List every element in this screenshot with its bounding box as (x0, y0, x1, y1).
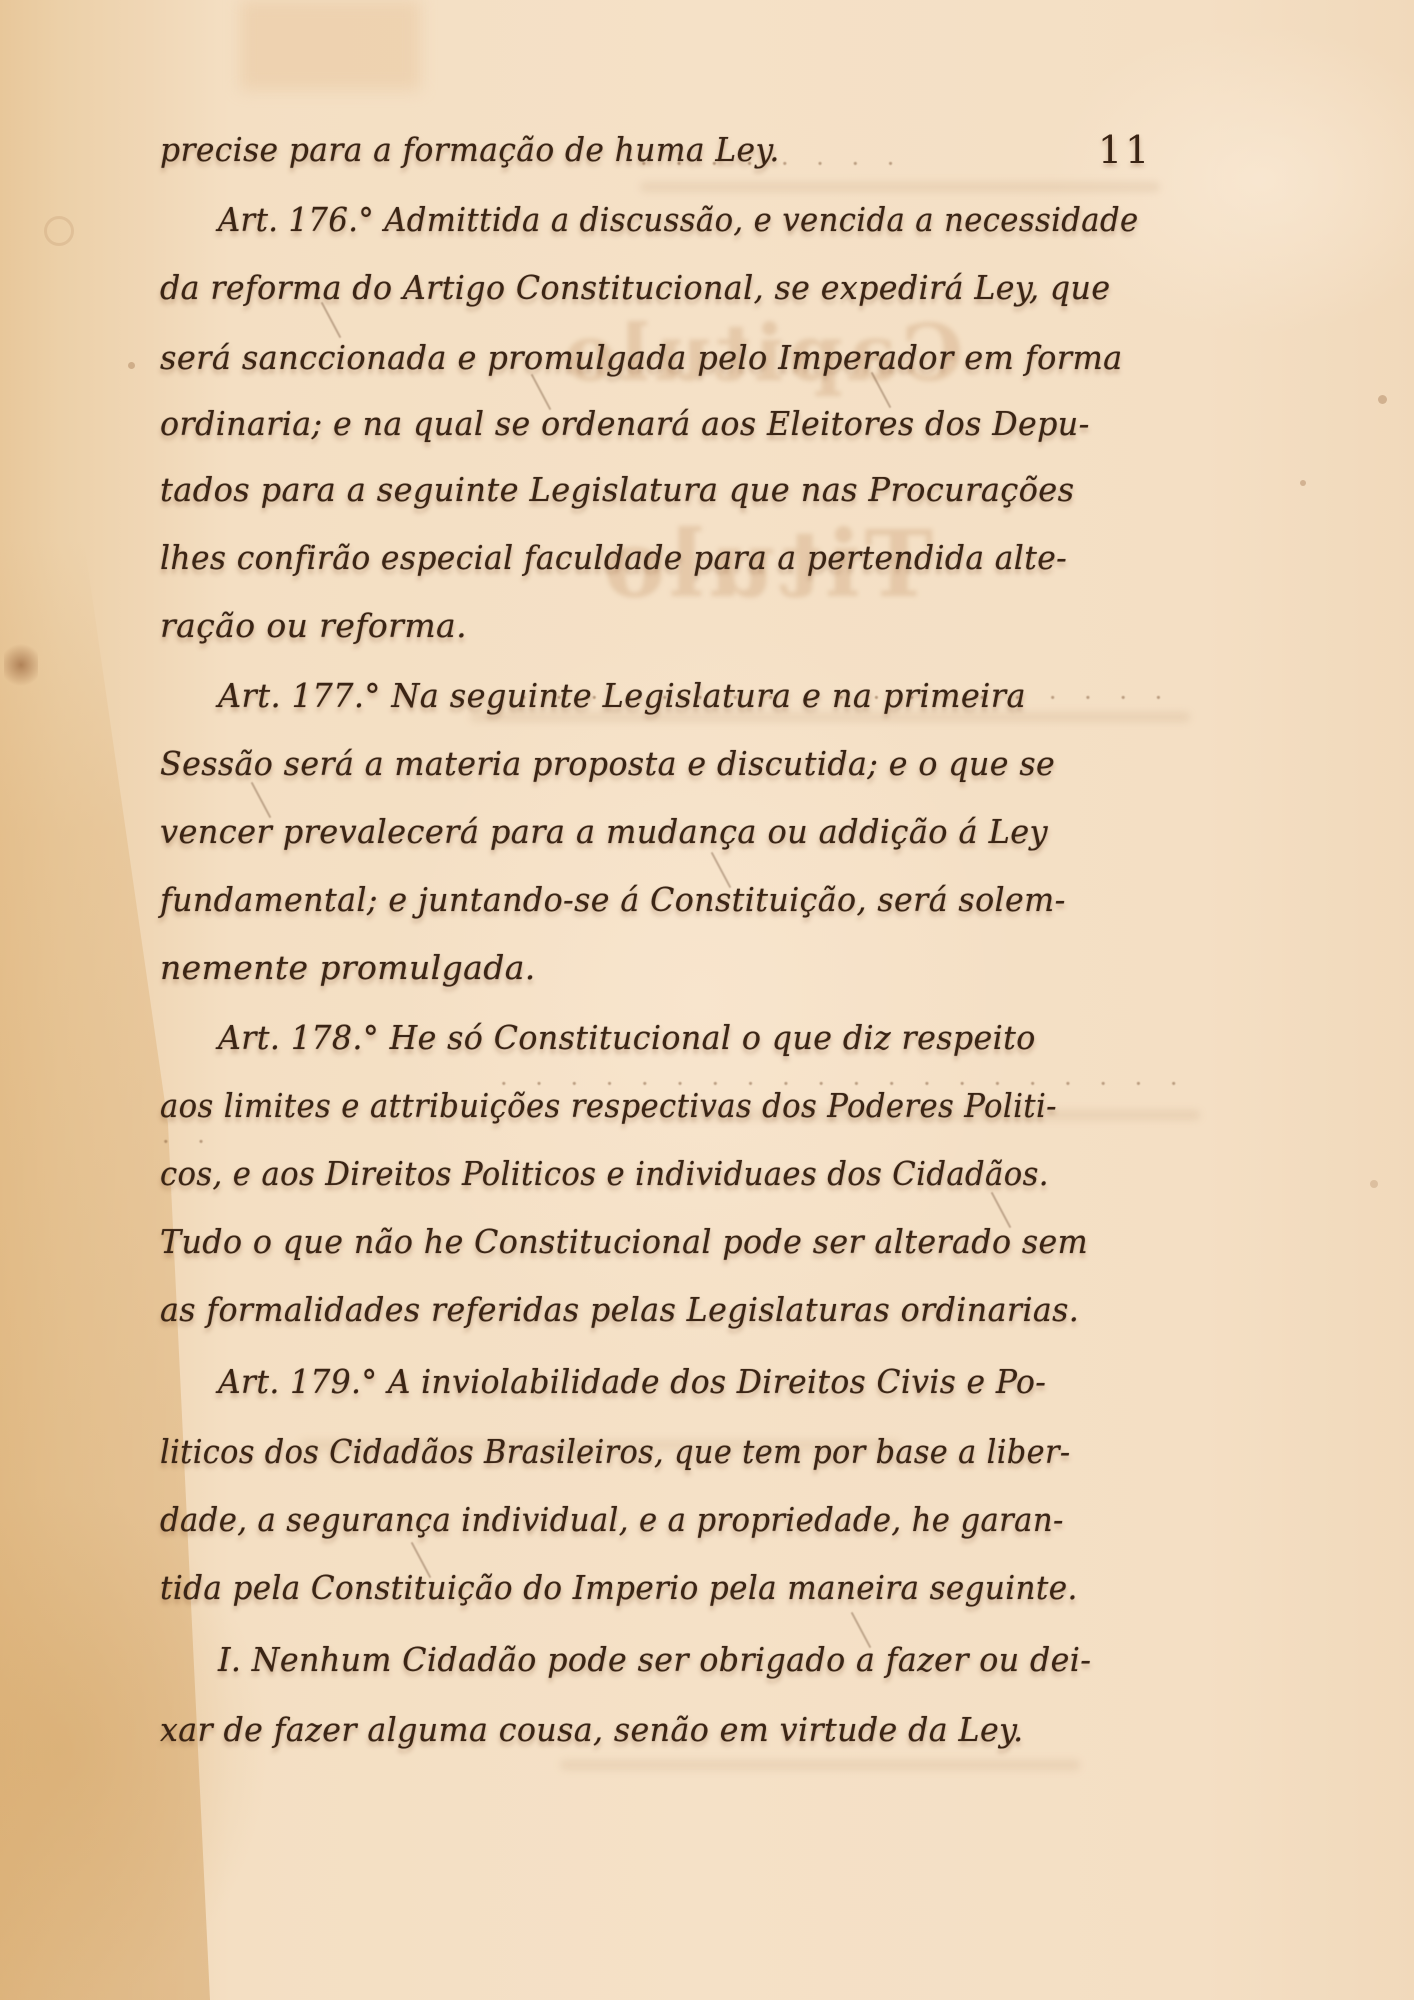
text-line: precise para a formação de huma Ley. (160, 130, 780, 169)
text-line: Sessão será a materia proposta e discuti… (160, 744, 1055, 783)
line-filler: · · (162, 1128, 215, 1156)
article-178-heading: Art. 178.° He só Constitucional o que di… (218, 1018, 1036, 1057)
ink-blot (4, 640, 38, 690)
foxing-spot (128, 362, 135, 369)
page-number: 11 (1098, 128, 1152, 172)
paper-stain-top (240, 0, 420, 90)
foxing-spot (1300, 480, 1306, 486)
foxing-spot (1370, 1180, 1378, 1188)
text-line: lhes confirão especial faculdade para a … (160, 538, 1067, 577)
text-line: aos limites e attribuições respectivas d… (160, 1086, 1057, 1125)
manuscript-page: Capitulo Titulo · · · · · · · · · · · · … (0, 0, 1414, 2000)
text-line: liticos dos Cidadãos Brasileiros, que te… (160, 1432, 1070, 1471)
text-line: vencer prevalecerá para a mudança ou add… (160, 812, 1048, 851)
text-line: nemente promulgada. (160, 948, 536, 987)
text-line: Tudo o que não he Constitucional pode se… (160, 1222, 1088, 1261)
text-line: cos, e aos Direitos Politicos e individu… (160, 1154, 1049, 1193)
text-line: xar de fazer alguma cousa, senão em virt… (160, 1710, 1024, 1749)
text-line: ordinaria; e na qual se ordenará aos Ele… (160, 404, 1090, 443)
text-line: dade, a segurança individual, e a propri… (160, 1500, 1064, 1539)
water-mark-ring (44, 216, 74, 246)
text-line: será sanccionada e promulgada pelo Imper… (160, 338, 1123, 377)
article-179-heading: Art. 179.° A inviolabilidade dos Direito… (218, 1362, 1046, 1401)
text-line: da reforma do Artigo Constitucional, se … (160, 268, 1110, 307)
text-line: tida pela Constituição do Imperio pela m… (160, 1568, 1078, 1607)
article-177-heading: Art. 177.° Na seguinte Legislatura e na … (218, 676, 1026, 715)
text-line: fundamental; e juntando-se á Constituiçã… (160, 880, 1066, 919)
article-176-heading: Art. 176.° Admittida a discussão, e venc… (218, 200, 1139, 239)
item-I-text: I. Nenhum Cidadão pode ser obrigado a fa… (218, 1640, 1091, 1679)
text-line: ração ou reforma. (160, 606, 467, 645)
text-line: tados para a seguinte Legislatura que na… (160, 470, 1074, 509)
text-line: as formalidades referidas pelas Legislat… (160, 1290, 1079, 1329)
foxing-spot (1378, 395, 1387, 404)
bleed-stroke (321, 302, 342, 338)
